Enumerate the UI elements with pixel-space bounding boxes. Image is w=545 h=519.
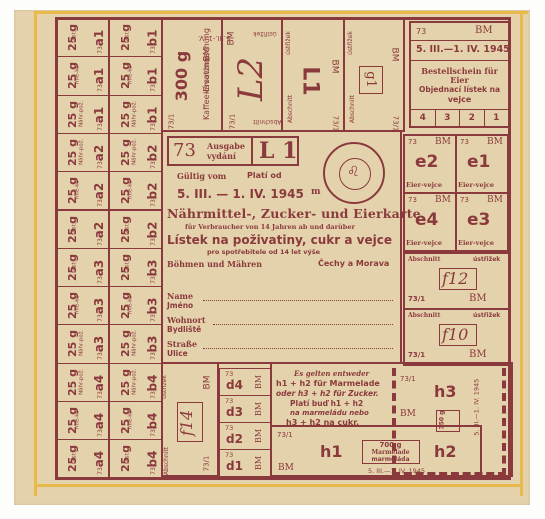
f-section-cz: ústřižek xyxy=(473,257,500,263)
coupon-serial: 73 xyxy=(151,353,157,361)
coupon-code: a4 xyxy=(93,451,105,467)
egg-coupon-e2[interactable]: 73 BM e2 Eier-vejce xyxy=(403,134,457,194)
cereal-coupon-a3[interactable]: 25 gtěst.a373 xyxy=(56,248,109,287)
l2-section-cz: ústřižek xyxy=(253,30,277,36)
cereal-coupon-b2[interactable]: 25 gNähr-pož.b273 xyxy=(109,133,162,172)
issue-box: 73 Ausgabe vydání xyxy=(167,136,253,166)
coupon-serial: 73 xyxy=(98,429,104,437)
jam-label-cz: marmeláda xyxy=(363,457,418,463)
coupon-serial: 73 xyxy=(151,84,157,92)
l1-code: L1 xyxy=(299,66,321,95)
d-code: d4 xyxy=(226,379,243,391)
cereal-coupon-b4[interactable]: 25 gNähr-pož.b473 xyxy=(109,363,162,402)
d-coupon-d2[interactable]: 73 d2 BM xyxy=(219,422,271,450)
d-mark: BM xyxy=(255,375,263,389)
cereal-coupon-b3[interactable]: 25 gtěst.b373 xyxy=(109,248,162,287)
coupon-serial: 73 xyxy=(151,161,157,169)
f-section-cz: ústřižek xyxy=(473,313,500,319)
f14-section-de: Abschnitt xyxy=(164,447,170,475)
coupon-code: b2 xyxy=(146,183,158,200)
valid-label-cz: Platí od xyxy=(247,172,282,180)
egg-order-tabs: 4321 xyxy=(411,110,508,126)
coupon-label: Nähr-pož. xyxy=(79,330,85,356)
l1-coupon[interactable]: L1 Abschnitt ústřižek BM 73/1 xyxy=(281,18,345,132)
f-coupon-f10[interactable]: Abschnitt ústřižek f10 73/1 BM xyxy=(403,308,510,366)
coupon-serial: 73 xyxy=(98,84,104,92)
field-line[interactable] xyxy=(203,348,393,349)
coupon-label: Nähr-pož. xyxy=(79,368,85,394)
h2-code: h2 xyxy=(434,444,457,460)
coupon-label: mlé-ko xyxy=(76,66,82,85)
coupon-label: těst. xyxy=(125,260,131,272)
d-coupon-d4[interactable]: 73 d4 BM xyxy=(219,368,271,396)
coupon-amount: 25 g xyxy=(120,330,131,357)
coupon-amount: 25 g xyxy=(67,330,78,357)
coupon-serial: 73 xyxy=(98,238,104,246)
coupon-label: těst. xyxy=(72,452,78,464)
title-de: Nährmittel-, Zucker- und Eierkarte xyxy=(167,208,421,221)
cereal-coupon-a3[interactable]: 25 gmlé-koa373 xyxy=(56,286,109,325)
g1-coupon[interactable]: g1 ústřižek Abschnitt BM 73/1 xyxy=(343,18,405,132)
cereal-coupon-a4[interactable]: 25 gmlé-koa473 xyxy=(56,401,109,440)
jam-amount: 700 g xyxy=(363,442,418,449)
coupon-amount: 25 g xyxy=(120,101,131,128)
coffee-amount: 300 g xyxy=(174,51,190,101)
f-code-box: f10 xyxy=(439,324,477,346)
h-divider-right xyxy=(480,425,482,477)
d-code: d3 xyxy=(226,406,243,418)
d-code: d2 xyxy=(226,433,243,445)
cereal-coupon-a1[interactable]: 25 gNähr-pož.a173 xyxy=(56,95,109,134)
egg-order-title-cz-2: vejce xyxy=(411,96,508,104)
egg-code: e2 xyxy=(415,154,438,171)
cereal-coupon-b4[interactable]: 25 gtěst.b473 xyxy=(109,439,162,478)
field-label-de: Straße xyxy=(167,340,197,348)
coupon-amount: 25 g xyxy=(67,101,78,128)
coupon-label: mlé-ko xyxy=(129,181,135,200)
coupon-amount: 25 g xyxy=(67,369,78,396)
yellow-border-right xyxy=(520,11,523,496)
egg-mark: BM xyxy=(435,138,451,147)
l1-mark: BM xyxy=(329,60,338,74)
egg-order-period: 5. III.—1. IV. 1945 xyxy=(416,45,510,55)
coupon-serial: 73 xyxy=(151,429,157,437)
h3-mark: BM xyxy=(400,410,416,419)
l1-serial: 73/1 xyxy=(331,116,338,132)
g1-section-cz: ústřižek xyxy=(348,31,354,55)
subtitle-cz: pro spotřebitele od 14 let výše xyxy=(207,249,320,256)
egg-label: Eier-vejce xyxy=(406,240,442,247)
g1-code-box: g1 xyxy=(359,66,383,94)
coupon-amount: 25 g xyxy=(120,139,131,166)
f14-section-cz: ústřižek xyxy=(162,375,168,399)
coupon-label: Nähr-pož. xyxy=(79,138,85,164)
coupon-label: těst. xyxy=(72,222,78,234)
coupon-label: mlé-ko xyxy=(76,181,82,200)
h-note-cz-2: na marmeládu nebo xyxy=(290,410,369,417)
field-wohnort[interactable]: Wohnort Bydliště xyxy=(167,316,399,338)
l1-section-de: Abschnitt xyxy=(288,95,294,123)
f14-mark: BM xyxy=(203,376,212,390)
d-serial: 73 xyxy=(225,398,233,405)
cereal-coupon-b1[interactable]: 25 gNähr-pož.b173 xyxy=(109,95,162,134)
egg-order-tab-4[interactable]: 4 xyxy=(411,110,435,126)
egg-order-title-de-1: Bestellschein für xyxy=(411,67,508,75)
f-mark: BM xyxy=(469,294,487,304)
issue-label-cz: vydání xyxy=(207,152,236,160)
coupon-label: mlé-ko xyxy=(76,410,82,429)
d-coupon-d3[interactable]: 73 d3 BM xyxy=(219,395,271,423)
coupon-code: b3 xyxy=(146,298,158,315)
l2-serial: 73/1 xyxy=(229,114,236,130)
coupon-serial: 73 xyxy=(98,276,104,284)
coffee-mark: BM xyxy=(203,48,212,62)
f14-code-box: f14 xyxy=(177,402,203,442)
egg-label: Eier-vejce xyxy=(406,182,442,189)
d-code: d1 xyxy=(226,460,243,472)
coupon-code: a2 xyxy=(93,183,105,199)
cereal-coupon-a3[interactable]: 25 gNähr-pož.a373 xyxy=(56,324,109,363)
cereal-coupon-b2[interactable]: 25 gtěst.b273 xyxy=(109,210,162,249)
coupon-serial: 73 xyxy=(98,161,104,169)
coupon-label: mlé-ko xyxy=(129,410,135,429)
coupon-serial: 73 xyxy=(98,353,104,361)
coupon-amount: 25 g xyxy=(120,369,131,396)
coupon-serial: 73 xyxy=(151,123,157,131)
coupon-amount: 25 g xyxy=(67,139,78,166)
coupon-label: Nähr-pož. xyxy=(132,368,138,394)
h-perforation-right xyxy=(502,368,506,476)
cereal-coupon-a2[interactable]: 25 gtěst.a273 xyxy=(56,210,109,249)
coupon-serial: 73 xyxy=(98,199,104,207)
l2-code: L2 xyxy=(234,57,268,101)
field-label-cz: Bydliště xyxy=(167,326,201,334)
f-code: f12 xyxy=(442,271,468,287)
d-mark: BM xyxy=(255,402,263,416)
h-note-cz-1: Platí buď h1 + h2 xyxy=(290,400,363,408)
coupon-code: b2 xyxy=(146,144,158,161)
f14-coupon[interactable]: f14 Abschnitt ústřižek 73/1 BM xyxy=(161,362,219,477)
egg-mark: BM xyxy=(435,196,451,205)
egg-mark: BM xyxy=(487,138,503,147)
yellow-border-bottom xyxy=(34,484,523,487)
egg-serial: 73 xyxy=(460,197,469,204)
coupon-label: Nähr-pož. xyxy=(132,100,138,126)
egg-order-slip[interactable]: 73 BM 5. III.—1. IV. 1945 Bestellschein … xyxy=(409,21,510,128)
coupon-serial: 73 xyxy=(98,46,104,54)
egg-serial: 73 xyxy=(408,197,417,204)
f14-code: f14 xyxy=(179,410,195,436)
d-serial: 73 xyxy=(225,371,233,378)
coupon-label: těst. xyxy=(72,31,78,43)
coupon-code: b4 xyxy=(146,451,158,468)
title-cz: Lístek na poživatiny, cukr a vejce xyxy=(167,234,392,246)
coupon-serial: 73 xyxy=(151,238,157,246)
coupon-label: mlé-ko xyxy=(129,296,135,315)
h-note-de-2: h1 + h2 für Marmelade xyxy=(276,380,380,388)
coupon-code: b1 xyxy=(146,68,158,85)
egg-order-mark: BM xyxy=(475,26,493,36)
coupon-code: b4 xyxy=(146,413,158,430)
divider xyxy=(411,60,508,61)
coupon-code: a1 xyxy=(93,68,105,84)
coupon-label: těst. xyxy=(72,260,78,272)
egg-order-title-de-2: Eier xyxy=(411,76,508,84)
coupon-serial: 73 xyxy=(98,467,104,475)
f-coupon-f12[interactable]: Abschnitt ústřižek f12 73/1 BM xyxy=(403,252,510,310)
h-period: 5. III.—1. IV. 1945 xyxy=(368,468,425,475)
egg-order-tab-2[interactable]: 2 xyxy=(459,110,484,126)
region-cz: Čechy a Morava xyxy=(318,260,389,268)
f-code-box: f12 xyxy=(439,268,477,290)
l2-mark: BM xyxy=(227,32,236,46)
egg-mark: BM xyxy=(487,196,503,205)
coupon-serial: 73 xyxy=(151,391,157,399)
egg-coupon-e3[interactable]: 73 BM e3 Eier-vejce xyxy=(455,192,509,252)
sugar-amount: 350 g xyxy=(439,411,445,430)
sugar-amount-box: 350 g xyxy=(436,410,460,432)
cereal-coupon-a4[interactable]: 25 gNähr-pož.a473 xyxy=(56,363,109,402)
egg-order-tab-1[interactable]: 1 xyxy=(484,110,509,126)
f-serial: 73/1 xyxy=(408,296,425,303)
h-side-period: 5. III.—1. IV. 1945 xyxy=(473,379,480,436)
egg-label: Eier-vejce xyxy=(458,182,494,189)
f-mark: BM xyxy=(469,350,487,360)
h3-serial: 73/1 xyxy=(400,376,416,383)
coupon-code: a1 xyxy=(93,30,105,46)
coupon-serial: 73 xyxy=(151,467,157,475)
field-name[interactable]: Name Jméno xyxy=(167,292,399,314)
coupon-label: těst. xyxy=(125,31,131,43)
g1-mark: BM xyxy=(389,48,398,62)
d-serial: 73 xyxy=(225,425,233,432)
egg-order-title-cz-1: Objednací lístek na xyxy=(411,86,508,94)
lion-emblem-icon: ♌ xyxy=(347,164,360,180)
egg-code: e3 xyxy=(467,212,490,229)
g1-section-de: Abschnitt xyxy=(350,95,356,123)
subtitle-de: für Verbraucher von 14 Jahren ab und dar… xyxy=(185,224,355,231)
coupon-label: těst. xyxy=(125,222,131,234)
coffee-label-cz: kávovina xyxy=(203,58,211,94)
cereal-coupon-b3[interactable]: 25 gmlé-kob373 xyxy=(109,286,162,325)
coffee-serial: 73/1 xyxy=(168,114,175,130)
l1-section-cz: ústřižek xyxy=(286,31,292,55)
side-mark: m xyxy=(311,188,321,197)
cereal-coupon-a4[interactable]: 25 gtěst.a473 xyxy=(56,439,109,478)
cereal-coupon-b4[interactable]: 25 gmlé-kob473 xyxy=(109,401,162,440)
valid-label-de: Gültig vom xyxy=(177,172,226,180)
coupon-serial: 73 xyxy=(98,391,104,399)
coupon-code: b3 xyxy=(146,259,158,276)
region-de: Böhmen und Mähren xyxy=(167,260,262,268)
coupon-serial: 73 xyxy=(98,123,104,131)
egg-coupon-e4[interactable]: 73 BM e4 Eier-vejce xyxy=(403,192,457,252)
l2-coupon[interactable]: L2 BM 73/1 ústřižek Abschnitt xyxy=(221,18,283,132)
coupon-code: b3 xyxy=(146,336,158,353)
egg-code: e1 xyxy=(467,154,490,171)
f-section-de: Abschnitt xyxy=(408,257,440,263)
coupon-code: a1 xyxy=(93,106,105,122)
coupon-label: Nähr-pož. xyxy=(132,330,138,356)
coupon-code: a3 xyxy=(93,260,105,276)
cereal-coupon-b2[interactable]: 25 gmlé-kob273 xyxy=(109,171,162,210)
f14-serial: 73/1 xyxy=(203,456,210,472)
egg-order-tab-3[interactable]: 3 xyxy=(435,110,460,126)
coupon-serial: 73 xyxy=(151,199,157,207)
coupon-label: těst. xyxy=(125,452,131,464)
cereal-coupon-a1[interactable]: 25 gmlé-koa173 xyxy=(56,56,109,95)
d-mark: BM xyxy=(255,456,263,470)
egg-label: Eier-vejce xyxy=(458,240,494,247)
field-label-de: Name xyxy=(167,292,193,300)
cereal-coupon-b1[interactable]: 25 gmlé-kob173 xyxy=(109,56,162,95)
field-label-cz: Jméno xyxy=(167,302,193,310)
g1-serial: 73/1 xyxy=(391,116,398,132)
egg-serial: 73 xyxy=(408,139,417,146)
coupon-serial: 73 xyxy=(151,46,157,54)
g1-code: g1 xyxy=(364,71,377,88)
yellow-border-top xyxy=(34,11,528,14)
h1-serial: 73/1 xyxy=(277,432,293,439)
l2-section-de: Abschnitt xyxy=(253,118,281,124)
h-note-de-3: oder h3 + h2 für Zucker. xyxy=(276,390,379,398)
cereal-coupon-a1[interactable]: 25 gtěst.a173 xyxy=(56,18,109,57)
issue-number: 73 xyxy=(173,142,196,160)
coupon-serial: 73 xyxy=(98,314,104,322)
valid-period: 5. III. — 1. IV. 1945 xyxy=(177,188,304,200)
card-code: L 1 xyxy=(259,140,297,162)
coupon-code: b4 xyxy=(146,374,158,391)
field-label-cz: Ulice xyxy=(167,350,188,358)
coupon-label: Nähr-pož. xyxy=(132,138,138,164)
h-section: Es gelten entweder h1 + h2 für Marmelade… xyxy=(270,362,513,477)
d-mark: BM xyxy=(255,429,263,443)
coupon-code: a4 xyxy=(93,413,105,429)
cereal-coupon-b3[interactable]: 25 gNähr-pož.b373 xyxy=(109,324,162,363)
h-note-de-1: Es gelten entweder xyxy=(294,370,369,377)
field-label-de: Wohnort xyxy=(167,316,206,324)
divider xyxy=(411,40,508,41)
d-serial: 73 xyxy=(225,452,233,459)
egg-serial: 73 xyxy=(460,139,469,146)
cereal-coupon-a2[interactable]: 25 gmlé-koa273 xyxy=(56,171,109,210)
coupon-code: a2 xyxy=(93,145,105,161)
coupon-serial: 73 xyxy=(151,276,157,284)
f-serial: 73/1 xyxy=(408,352,425,359)
yellow-border-left xyxy=(34,11,37,496)
field-straße[interactable]: Straße Ulice xyxy=(167,340,399,362)
cereal-coupon-b1[interactable]: 25 gtěst.b173 xyxy=(109,18,162,57)
field-line[interactable] xyxy=(213,324,393,325)
egg-coupon-e1[interactable]: 73 BM e1 Eier-vejce xyxy=(455,134,509,194)
coupon-code: b1 xyxy=(146,106,158,123)
f-code: f10 xyxy=(442,327,468,343)
egg-order-serial: 73 xyxy=(416,28,426,36)
ministry-stamp: ♌ xyxy=(323,142,385,204)
coupon-code: b2 xyxy=(146,221,158,238)
coupon-label: mlé-ko xyxy=(76,296,82,315)
coupon-code: b1 xyxy=(146,30,158,47)
h3-code: h3 xyxy=(434,384,457,400)
d-coupon-d1[interactable]: 73 d1 BM xyxy=(219,449,271,477)
coffee-coupon[interactable]: 300 g Kaffee-Ersatzmischung kávovina 5.I… xyxy=(161,18,223,132)
field-line[interactable] xyxy=(203,300,393,301)
coupon-label: Nähr-pož. xyxy=(79,100,85,126)
coupon-code: a2 xyxy=(93,221,105,237)
h1-mark: BM xyxy=(278,464,294,473)
card-code-box: L 1 xyxy=(251,136,299,166)
f-section-de: Abschnitt xyxy=(408,313,440,319)
coupon-label: mlé-ko xyxy=(129,66,135,85)
coupon-code: a3 xyxy=(93,298,105,314)
issue-label-de: Ausgabe xyxy=(207,142,245,150)
coupon-code: a3 xyxy=(93,336,105,352)
h1-code: h1 xyxy=(320,444,343,460)
cereal-coupon-a2[interactable]: 25 gNähr-pož.a273 xyxy=(56,133,109,172)
coupon-serial: 73 xyxy=(151,314,157,322)
jam-amount-box: 700 g Marmelade marmeláda xyxy=(362,440,420,464)
coupon-code: a4 xyxy=(93,374,105,390)
